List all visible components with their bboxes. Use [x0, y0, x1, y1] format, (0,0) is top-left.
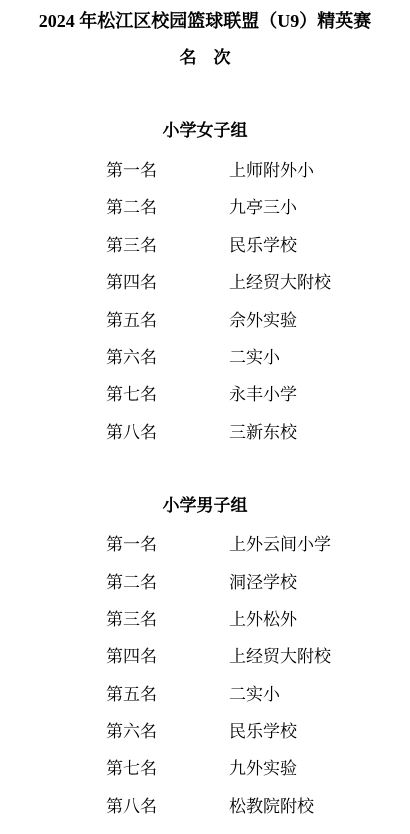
girls-ranking-list: 第一名上师附外小 第二名九亭三小 第三名民乐学校 第四名上经贸大附校 第五名佘外…	[0, 152, 410, 451]
rank-label: 第三名	[106, 227, 229, 264]
ranking-row: 第二名洞泾学校	[0, 564, 410, 601]
school-name: 九亭三小	[229, 189, 297, 226]
ranking-row: 第四名上经贸大附校	[0, 638, 410, 675]
school-name: 民乐学校	[229, 713, 297, 750]
school-name: 洞泾学校	[229, 564, 297, 601]
ranking-row: 第六名民乐学校	[0, 713, 410, 750]
document-title: 2024 年松江区校园篮球联盟（U9）精英赛	[0, 0, 410, 33]
girls-group-heading: 小学女子组	[0, 119, 410, 143]
document-page: 2024 年松江区校园篮球联盟（U9）精英赛 名 次 小学女子组 第一名上师附外…	[0, 0, 410, 834]
ranking-row: 第七名九外实验	[0, 750, 410, 787]
rank-label: 第一名	[106, 526, 229, 563]
ranking-row: 第三名上外松外	[0, 601, 410, 638]
school-name: 上师附外小	[229, 152, 314, 189]
rank-label: 第四名	[106, 264, 229, 301]
ranking-row: 第五名二实小	[0, 676, 410, 713]
rank-label: 第二名	[106, 189, 229, 226]
section-boys-group: 小学男子组 第一名上外云间小学 第二名洞泾学校 第三名上外松外 第四名上经贸大附…	[0, 494, 410, 825]
school-name: 二实小	[229, 676, 280, 713]
school-name: 九外实验	[229, 750, 297, 787]
rank-label: 第七名	[106, 376, 229, 413]
section-girls-group: 小学女子组 第一名上师附外小 第二名九亭三小 第三名民乐学校 第四名上经贸大附校…	[0, 119, 410, 451]
rank-label: 第七名	[106, 750, 229, 787]
school-name: 上经贸大附校	[229, 264, 331, 301]
school-name: 民乐学校	[229, 227, 297, 264]
ranking-row: 第八名三新东校	[0, 414, 410, 451]
ranking-row: 第六名二实小	[0, 339, 410, 376]
school-name: 上外云间小学	[229, 526, 331, 563]
school-name: 上外松外	[229, 601, 297, 638]
ranking-row: 第二名九亭三小	[0, 189, 410, 226]
rank-label: 第六名	[106, 713, 229, 750]
rank-label: 第五名	[106, 676, 229, 713]
ranking-row: 第一名上外云间小学	[0, 526, 410, 563]
school-name: 松教院附校	[229, 788, 314, 825]
rank-label: 第一名	[106, 152, 229, 189]
ranking-row: 第三名民乐学校	[0, 227, 410, 264]
document-subtitle: 名 次	[0, 46, 410, 70]
ranking-row: 第四名上经贸大附校	[0, 264, 410, 301]
ranking-row: 第五名佘外实验	[0, 302, 410, 339]
boys-group-heading: 小学男子组	[0, 494, 410, 518]
ranking-row: 第一名上师附外小	[0, 152, 410, 189]
school-name: 永丰小学	[229, 376, 297, 413]
rank-label: 第八名	[106, 414, 229, 451]
school-name: 上经贸大附校	[229, 638, 331, 675]
rank-label: 第六名	[106, 339, 229, 376]
ranking-row: 第八名松教院附校	[0, 788, 410, 825]
rank-label: 第二名	[106, 564, 229, 601]
rank-label: 第五名	[106, 302, 229, 339]
ranking-row: 第七名永丰小学	[0, 376, 410, 413]
rank-label: 第八名	[106, 788, 229, 825]
rank-label: 第三名	[106, 601, 229, 638]
boys-ranking-list: 第一名上外云间小学 第二名洞泾学校 第三名上外松外 第四名上经贸大附校 第五名二…	[0, 526, 410, 825]
school-name: 佘外实验	[229, 302, 297, 339]
rank-label: 第四名	[106, 638, 229, 675]
school-name: 二实小	[229, 339, 280, 376]
school-name: 三新东校	[229, 414, 297, 451]
